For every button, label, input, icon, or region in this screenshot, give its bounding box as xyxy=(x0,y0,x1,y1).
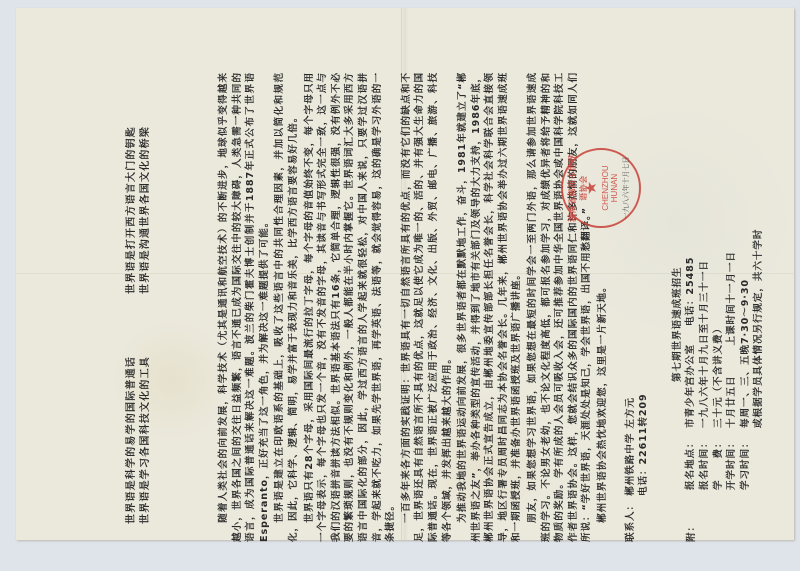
document-content: 世界语是科学的易学的国际普通话 世界语是打开西方语言大门的钥匙 世界语是学习各国… xyxy=(125,72,795,542)
appendix-block: 附： 第七期世界语速成班招生 报名地点： 市青少年宫办公室 电话：25485 报… xyxy=(671,72,766,542)
appendix-label: 附： xyxy=(671,490,766,542)
paragraph: 随着人类社会的向前发展，科学技术（尤其是通讯和航空技术）的不断进步，地球似乎变得… xyxy=(217,72,271,542)
contact-block: 联系人： 郴州铁路中学 左方元 电话：22611转209 xyxy=(624,72,651,542)
slogan-row: 世界语是科学的易学的国际普通话 世界语是打开西方语言大门的钥匙 xyxy=(125,72,139,524)
contact-label: 联系人： xyxy=(625,500,636,542)
slogan: 世界语是打开西方语言大门的钥匙 xyxy=(125,126,139,294)
paragraph: 世界语是建立在印欧语系的基础上，吸收了这些语言中的共同性合理因素，并加以简化和规… xyxy=(273,72,300,542)
star-icon: ★ xyxy=(583,150,599,226)
body-text: 随着人类社会的向前发展，科学技术（尤其是通讯和航空技术）的不断进步，地球似乎变得… xyxy=(217,72,610,542)
seal-latin-2: HUNAN xyxy=(610,150,619,226)
slogan: 世界语是沟通世界各国文化的桥梁 xyxy=(139,126,153,294)
seal-latin-1: CHENZHOU xyxy=(601,150,610,226)
info-row: 开学时间： 十月廿五日 上课时间十一月一日 xyxy=(725,72,739,490)
slogan: 世界语是科学的易学的国际普通话 xyxy=(125,294,139,524)
paragraph: 一百多年来各方面的实践证明：世界语具有一切自然语言所具有的优点，而没有它们的缺点… xyxy=(400,72,454,542)
seal-date: 一九八六年十月七日 xyxy=(621,150,631,226)
info-row: 学 费： 三十元（不含讲义费） xyxy=(712,72,726,490)
paragraph: 世界语只有28个字母，采用国际间最流行的拉丁字母，每个字母的音值始终不变，每个字… xyxy=(303,72,398,542)
document-paper: 世界语是科学的易学的国际普通话 世界语是打开西方语言大门的钥匙 世界语是学习各国… xyxy=(16,8,794,540)
slogan-header: 世界语是科学的易学的国际普通话 世界语是打开西方语言大门的钥匙 世界语是学习各国… xyxy=(125,72,153,524)
info-note: 或根据学员具体情况另行规定，共六十学时 xyxy=(752,72,766,490)
paragraph: 朋友，如果您想学习世界语，如果您想在最短的时间学会一至两门外语，那么请参加世界语… xyxy=(526,72,594,542)
info-row: 报名时间： 一九八六年十月九日至十月三十一日 xyxy=(698,72,712,490)
slogan: 世界语是学习各国科技文化的工具 xyxy=(139,294,153,524)
slogan-row: 世界语是学习各国科技文化的工具 世界语是沟通世界各国文化的桥梁 xyxy=(139,72,153,524)
official-seal: 湖南省郴州市世界语协会 ★ CHENZHOU HUNAN 一九八六年十月七日 xyxy=(561,148,641,228)
paragraph: 郴州世界语协会热忱地欢迎您，这里是一片新天地。 xyxy=(596,72,610,542)
contact-phone: 电话：22611转209 xyxy=(637,72,651,542)
info-row: 报名地点： 市青少年宫办公室 电话：25485 xyxy=(684,72,698,490)
info-row: 学习时间： 每周一、三、五晚7·30～9·30 xyxy=(739,72,753,490)
contact-name: 郴州铁路中学 左方元 xyxy=(625,397,636,496)
paragraph: 为推动我地的世界语运动向前发展，很多世界语者都在默默地工作，奋斗，1981年就建… xyxy=(456,72,524,542)
appendix-title: 第七期世界语速成班招生 xyxy=(671,72,685,490)
